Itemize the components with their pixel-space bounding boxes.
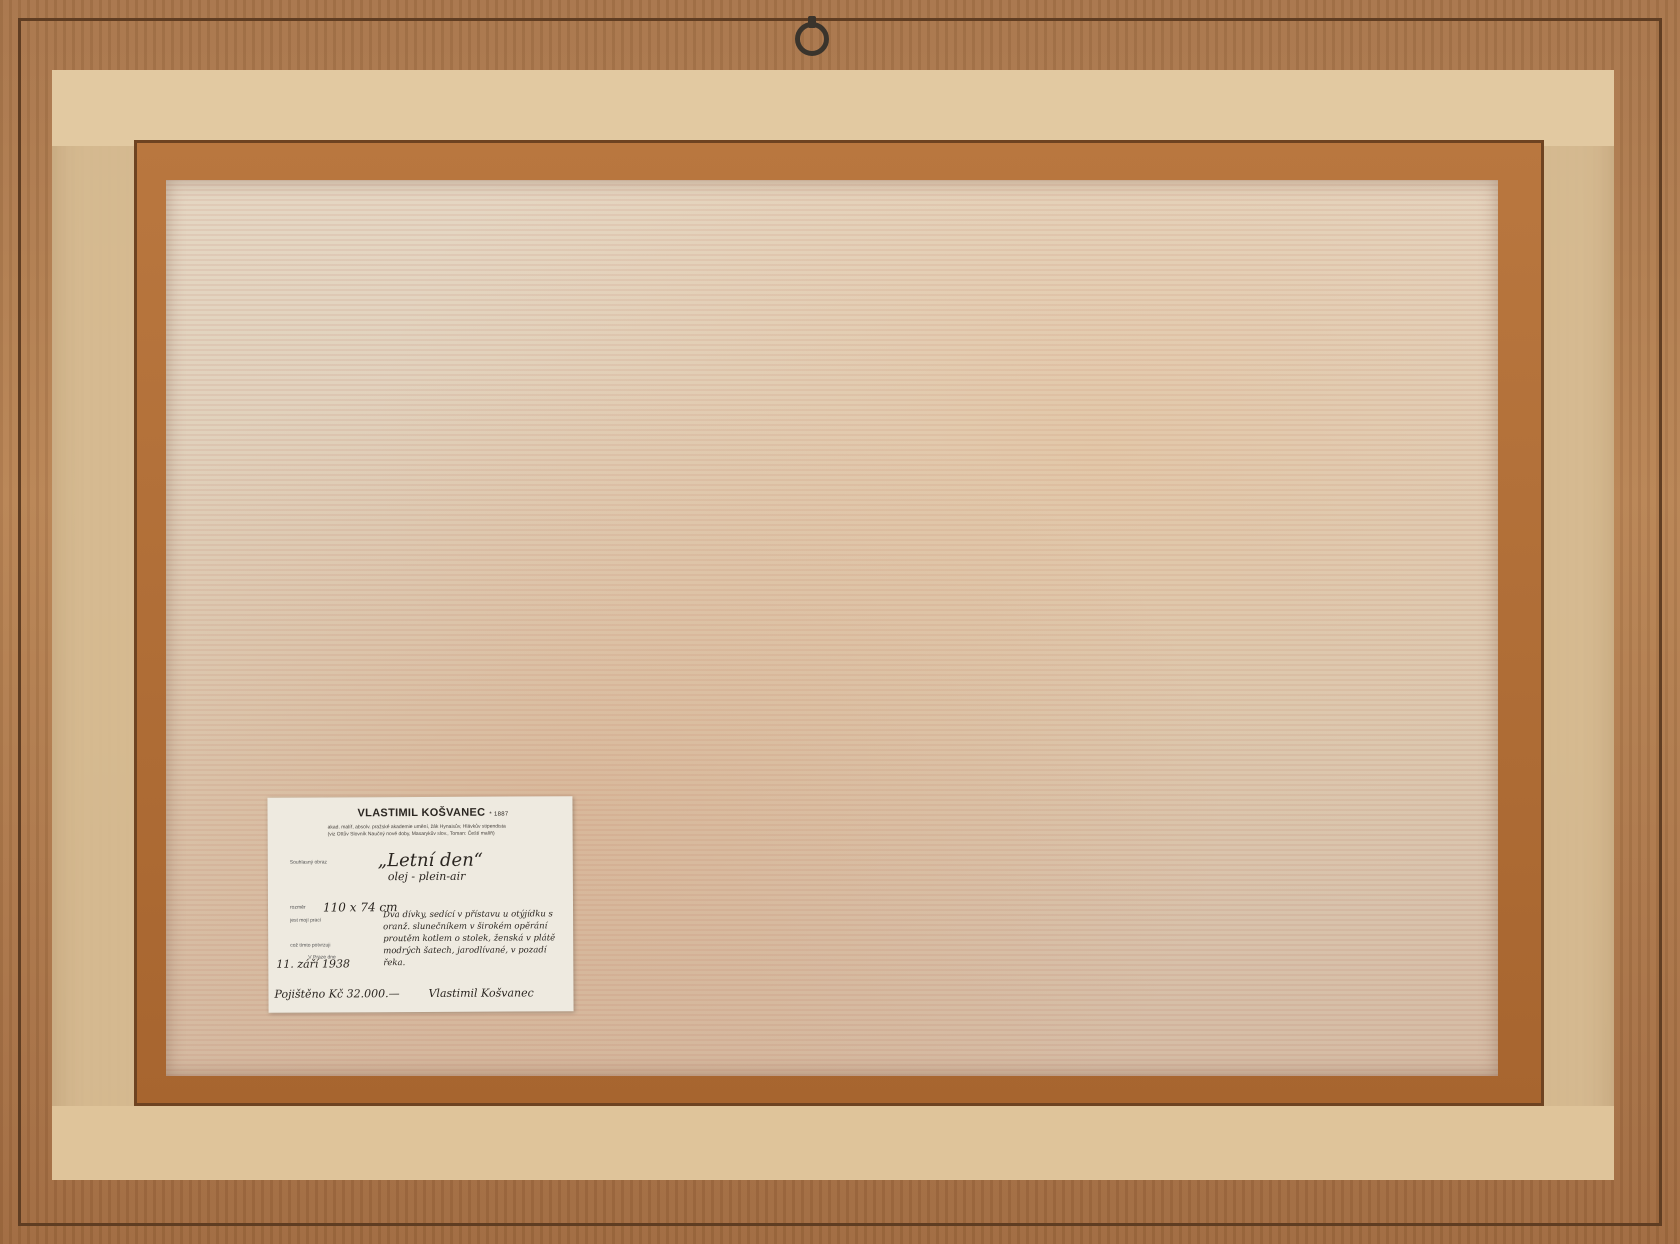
artist-name: VLASTIMIL KOŠVANEC [357,807,485,820]
handwritten-medium: olej - plein-air [388,870,466,883]
field-title-label: Souhlasný obraz [290,859,327,865]
painting-back-photo: VLASTIMIL KOŠVANEC* 1887 akad. malíř, ab… [0,0,1680,1244]
artist-label: VLASTIMIL KOŠVANEC* 1887 akad. malíř, ab… [267,796,573,1013]
paper-tape-top [52,70,1614,146]
label-subtitle: akad. malíř, absolv. pražské akademie um… [328,823,563,838]
field-size-label: rozměr [290,905,306,911]
handwritten-title: „Letní den“ [378,850,483,872]
handwritten-insured-value: Pojištěno Kč 32.000.— [274,987,399,1001]
handwritten-description: Dva dívky, sedící v přístavu u otýjídku … [383,908,568,969]
hanging-ring-icon [795,22,829,56]
artist-signature: Vlastimil Košvanec [428,986,533,1000]
field-work-label: jest mojí prací [290,918,321,924]
paper-tape-bottom [52,1106,1614,1180]
field-confirm-label: což tímto potvrzuji [290,942,330,948]
birth-year: * 1887 [489,812,508,818]
handwritten-date: 11. září 1938 [276,957,350,970]
label-artist: VLASTIMIL KOŠVANEC* 1887 [357,807,508,820]
subtitle-line-2: (viz Ottův Slovník Naučný nové doby, Mas… [328,830,563,838]
